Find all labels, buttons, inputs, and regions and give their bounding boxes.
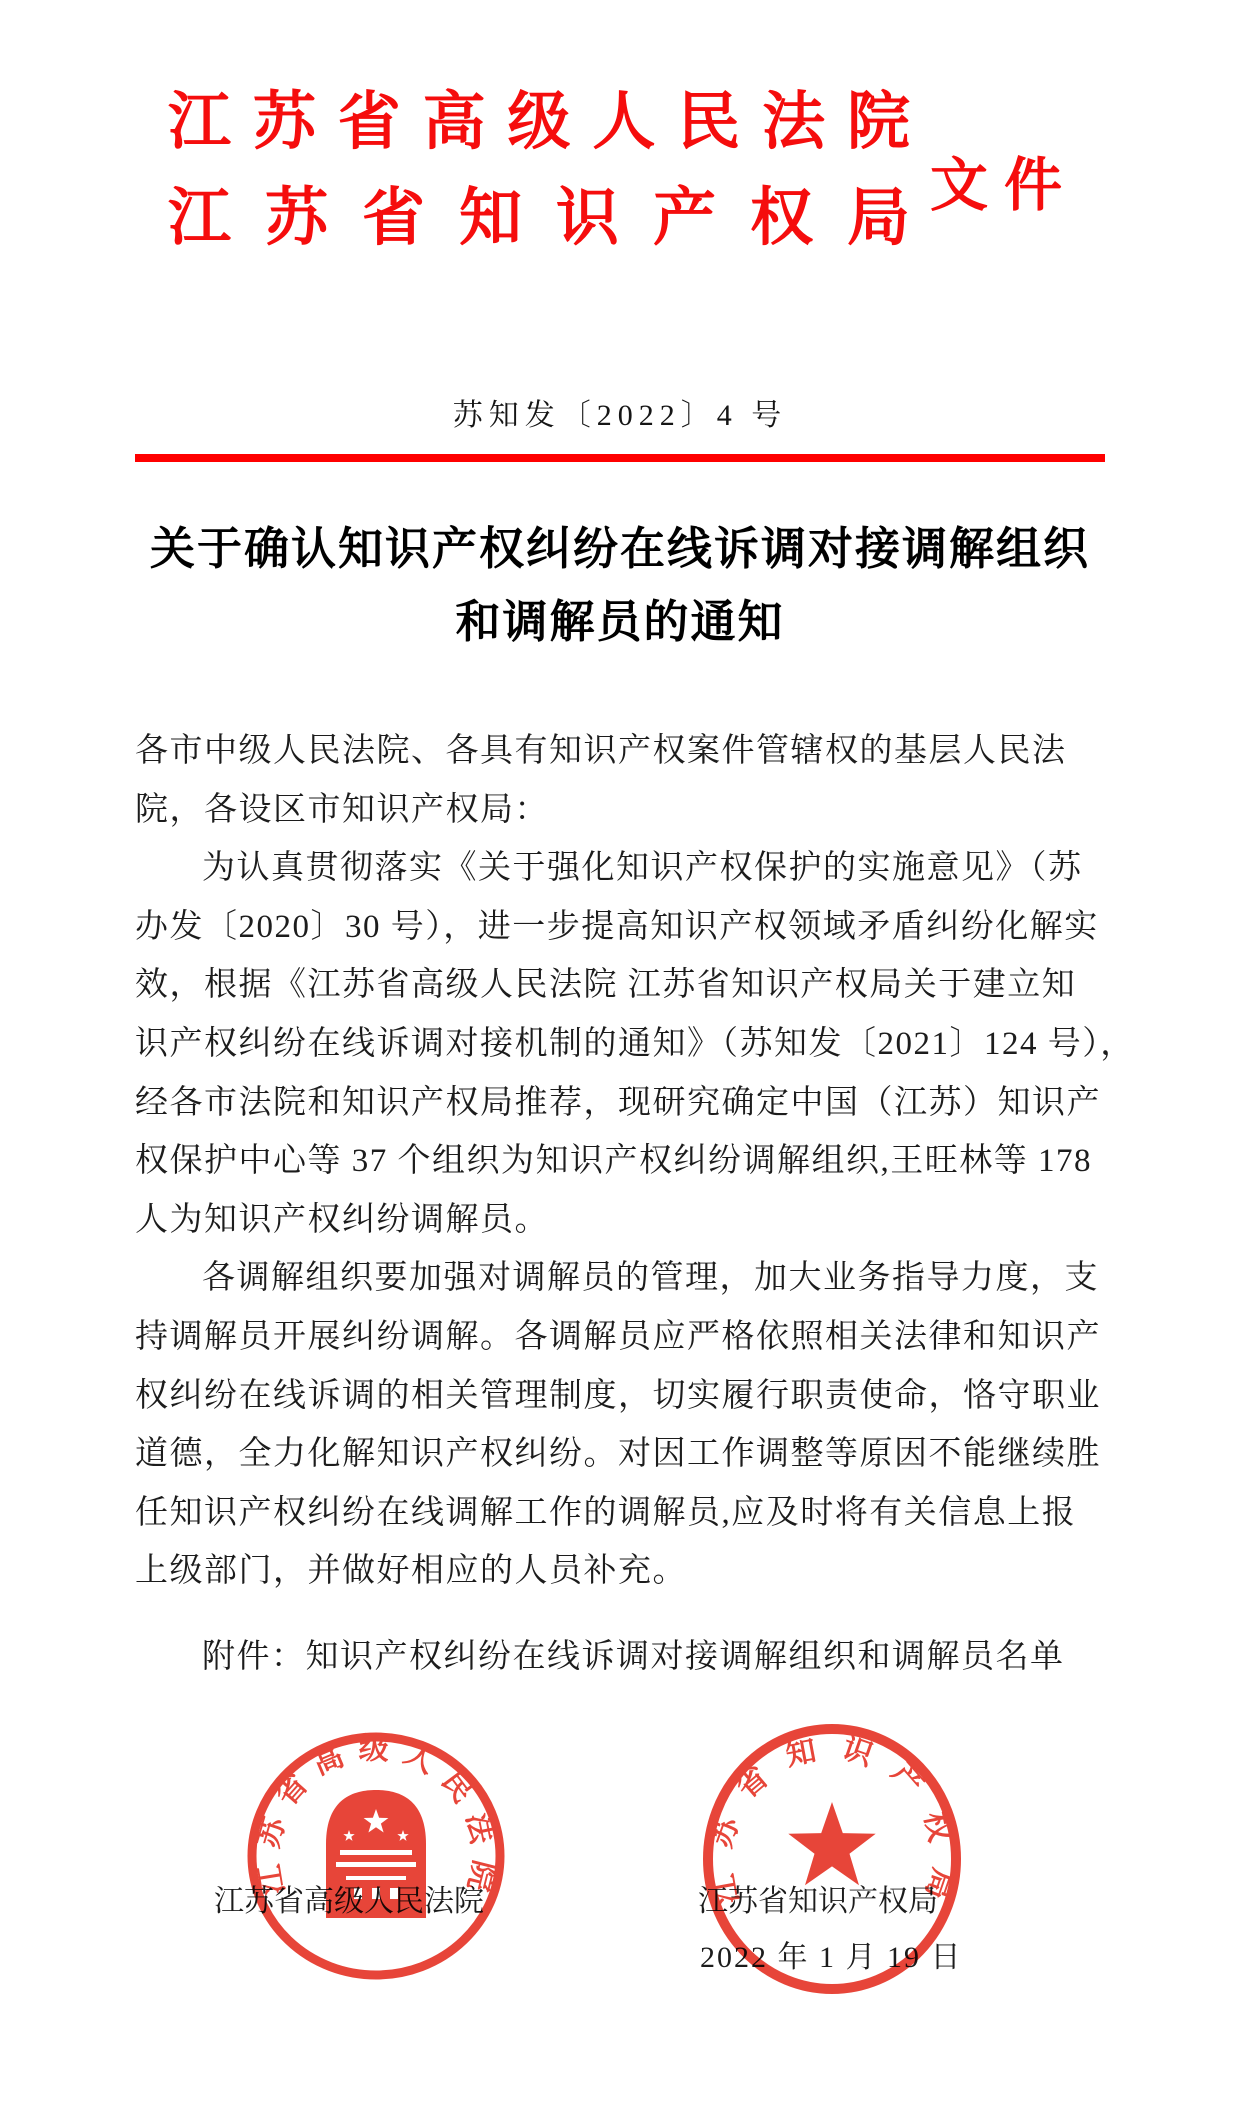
national-emblem-icon [326,1790,426,1918]
body-line: 上级部门，并做好相应的人员补充。 [135,1542,1110,1601]
red-star-icon [788,1802,875,1885]
ipo-seal: 江苏省知识产权局 [698,1720,966,2000]
body-line: 识产权纠纷在线诉调对接机制的通知》（苏知发〔2021〕124 号）， [135,1015,1110,1074]
body-line: 办发〔2020〕30 号），进一步提高知识产权领域矛盾纠纷化解实 [135,898,1110,957]
body-line: 各市中级人民法院、各具有知识产权案件管辖权的基层人民法 [135,722,1110,781]
issuing-org-line1: 江苏省高级人民法院 [168,80,910,164]
doc-type-label: 文件 [930,138,1078,222]
body-text: 各市中级人民法院、各具有知识产权案件管辖权的基层人民法 院，各设区市知识产权局：… [135,722,1110,1601]
body-line: 权保护中心等 37 个组织为知识产权纠纷调解组织,王旺林等 178 [135,1132,1110,1191]
issuing-org-line2: 江苏省知识产权局 [168,176,910,260]
body-line: 持调解员开展纠纷调解。各调解员应严格依照相关法律和知识产 [135,1308,1110,1367]
document-number: 苏知发〔2022〕4 号 [0,390,1240,434]
body-line: 为认真贯彻落实《关于强化知识产权保护的实施意见》（苏 [135,839,1110,898]
body-line: 权纠纷在线诉调的相关管理制度，切实履行职责使命，恪守职业 [135,1367,1110,1426]
body-line: 院，各设区市知识产权局： [135,781,1110,840]
attachment-line: 附件：知识产权纠纷在线诉调对接调解组织和调解员名单 [135,1630,1110,1677]
document-page: 江苏省高级人民法院 江苏省知识产权局 文件 苏知发〔2022〕4 号 关于确认知… [0,0,1240,2127]
court-seal: 江苏省高级人民法院 [242,1728,510,1986]
body-line: 任知识产权纠纷在线调解工作的调解员,应及时将有关信息上报 [135,1484,1110,1543]
document-title-line1: 关于确认知识产权纠纷在线诉调对接调解组织 [0,512,1240,577]
body-line: 各调解组织要加强对调解员的管理，加大业务指导力度，支 [135,1249,1110,1308]
document-title-line2: 和调解员的通知 [0,585,1240,650]
body-line: 经各市法院和知识产权局推荐，现研究确定中国（江苏）知识产 [135,1074,1110,1133]
body-line: 效，根据《江苏省高级人民法院 江苏省知识产权局关于建立知 [135,956,1110,1015]
body-line: 人为知识产权纠纷调解员。 [135,1191,1110,1250]
body-line: 道德，全力化解知识产权纠纷。对因工作调整等原因不能继续胜 [135,1425,1110,1484]
red-divider-line [135,454,1105,462]
